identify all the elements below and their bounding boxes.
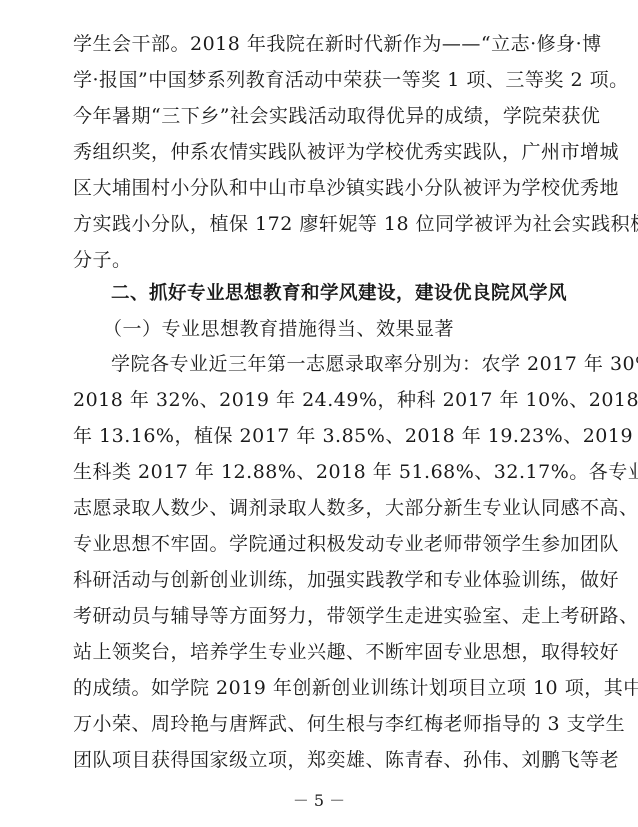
section-heading: 二、抓好专业思想教育和学风建设，建设优良院风学风 bbox=[73, 282, 539, 306]
paragraph-line: 学生会干部。2018 年我院在新时代新作为——“立志·修身·博 bbox=[73, 32, 539, 56]
paragraph-line: 团队项目获得国家级立项，郑奕雄、陈青春、孙伟、刘鹏飞等老 bbox=[73, 748, 539, 772]
subsection-heading: （一）专业思想教育措施得当、效果显著 bbox=[73, 317, 539, 341]
paragraph-line: 考研动员与辅导等方面努力，带领学生走进实验室、走上考研路、 bbox=[73, 604, 539, 628]
paragraph-line: 站上领奖台，培养学生专业兴趣、不断牢固专业思想，取得较好 bbox=[73, 640, 539, 664]
paragraph-line: 学·报国”中国梦系列教育活动中荣获一等奖 1 项、三等奖 2 项。 bbox=[73, 68, 539, 92]
paragraph-line: 生科类 2017 年 12.88%、2018 年 51.68%、32.17%。各… bbox=[73, 460, 539, 484]
paragraph-line: 年 13.16%，植保 2017 年 3.85%、2018 年 19.23%、2… bbox=[73, 424, 539, 448]
paragraph-line: 科研活动与创新创业训练，加强实践教学和专业体验训练，做好 bbox=[73, 568, 539, 592]
paragraph-line: 专业思想不牢固。学院通过积极发动专业老师带领学生参加团队 bbox=[73, 532, 539, 556]
paragraph-line: 区大埔围村小分队和中山市阜沙镇实践小分队被评为学校优秀地 bbox=[73, 176, 539, 200]
paragraph-line: 方实践小分队，植保 172 廖轩妮等 18 位同学被评为社会实践积极 bbox=[73, 212, 539, 236]
paragraph-line: 2018 年 32%、2019 年 24.49%，种科 2017 年 10%、2… bbox=[73, 388, 539, 412]
paragraph-line: 分子。 bbox=[73, 248, 539, 272]
paragraph-line: 今年暑期“三下乡”社会实践活动取得优异的成绩，学院荣获优 bbox=[73, 104, 539, 128]
paragraph-line: 志愿录取人数少、调剂录取人数多，大部分新生专业认同感不高、 bbox=[73, 496, 539, 520]
paragraph-line: 的成绩。如学院 2019 年创新创业训练计划项目立项 10 项，其中 bbox=[73, 676, 539, 700]
paragraph-line: 万小荣、周玲艳与唐辉武、何生根与李红梅老师指导的 3 支学生 bbox=[73, 712, 539, 736]
paragraph-line: 秀组织奖，仲系农情实践队被评为学校优秀实践队，广州市增城 bbox=[73, 140, 539, 164]
page-number: － 5 － bbox=[0, 788, 638, 811]
paragraph-line: 学院各专业近三年第一志愿录取率分别为：农学 2017 年 30%、 bbox=[73, 352, 539, 376]
